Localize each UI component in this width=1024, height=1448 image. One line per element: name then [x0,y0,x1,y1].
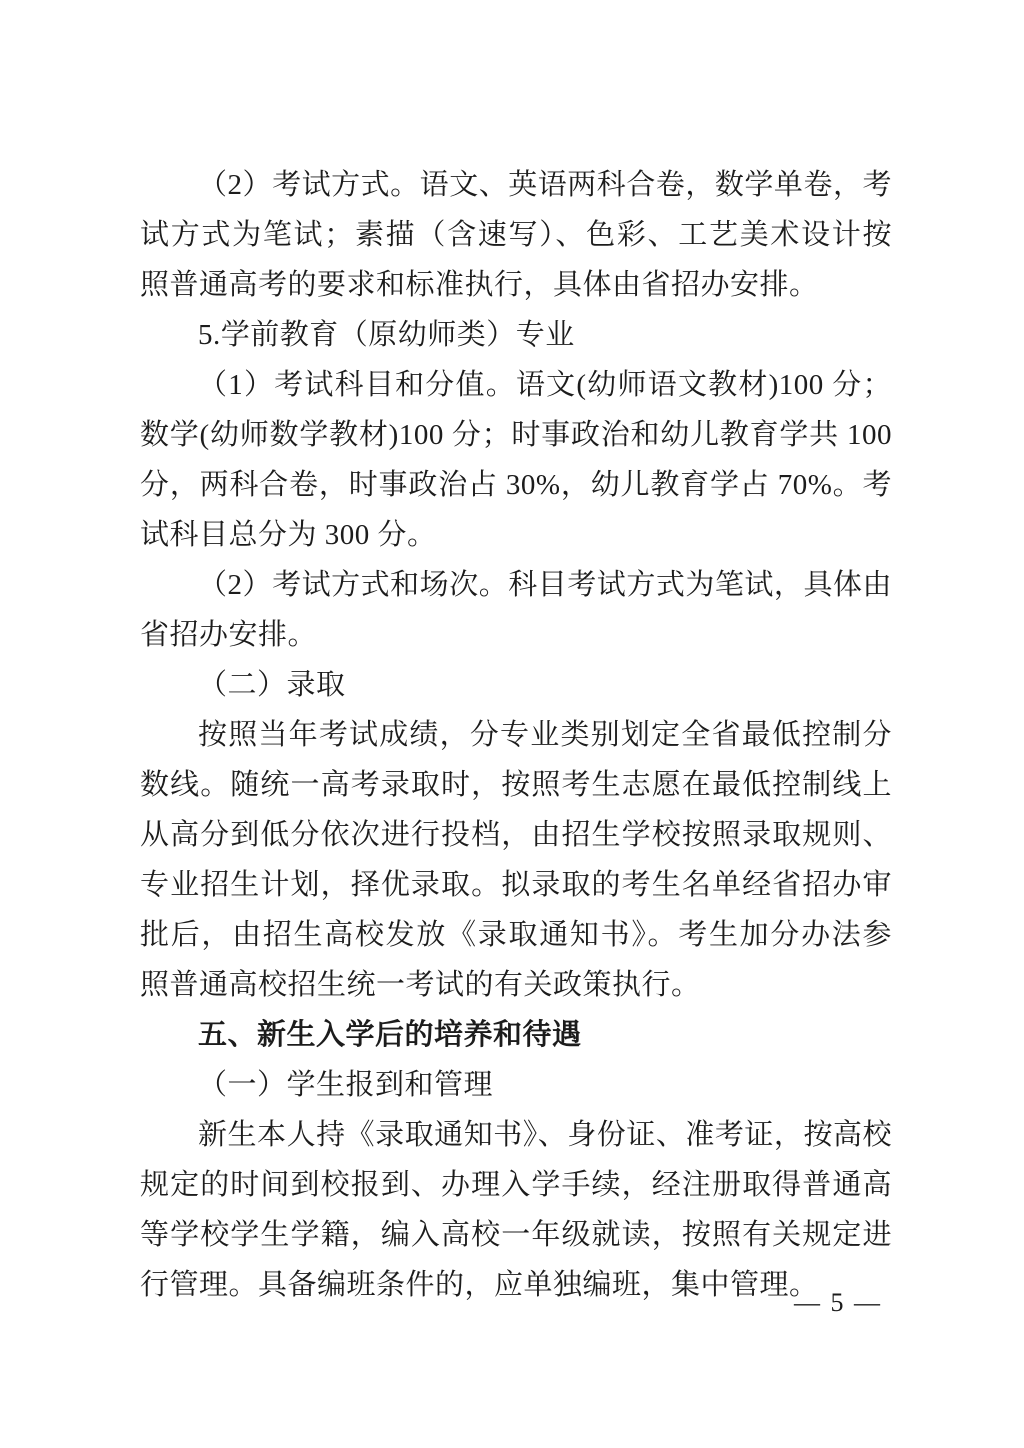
paragraph: （二）录取 [140,660,892,710]
paragraph: （1）考试科目和分值。语文(幼师语文教材)100 分；数学(幼师数学教材)100… [140,360,892,560]
document-page: （2）考试方式。语文、英语两科合卷，数学单卷，考试方式为笔试；素描（含速写）、色… [0,0,1024,1448]
document-body: （2）考试方式。语文、英语两科合卷，数学单卷，考试方式为笔试；素描（含速写）、色… [140,160,892,1310]
paragraph: （一）学生报到和管理 [140,1060,892,1110]
paragraph: （2）考试方式。语文、英语两科合卷，数学单卷，考试方式为笔试；素描（含速写）、色… [140,160,892,310]
paragraph: （2）考试方式和场次。科目考试方式为笔试，具体由省招办安排。 [140,560,892,660]
paragraph: 新生本人持《录取通知书》、身份证、准考证，按高校规定的时间到校报到、办理入学手续… [140,1110,892,1310]
page-number: — 5 — [794,1288,882,1318]
section-heading: 五、新生入学后的培养和待遇 [140,1010,892,1060]
paragraph: 5.学前教育（原幼师类）专业 [140,310,892,360]
paragraph: 按照当年考试成绩，分专业类别划定全省最低控制分数线。随统一高考录取时，按照考生志… [140,710,892,1010]
